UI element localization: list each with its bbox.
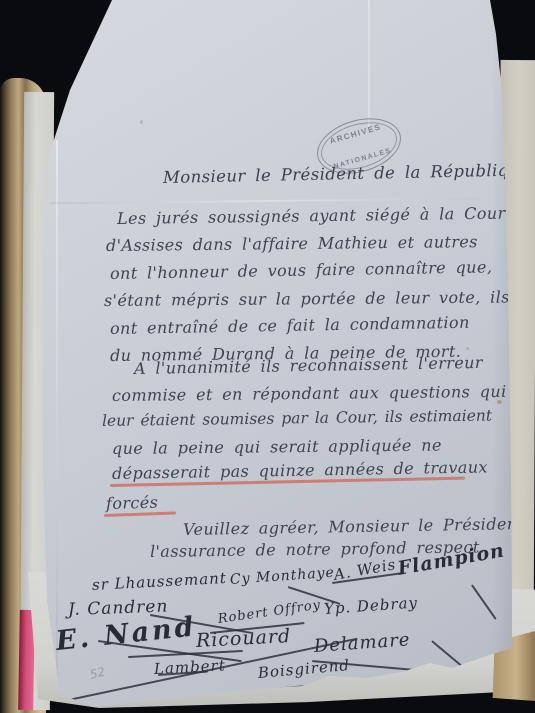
pencil-folio-number: 52: [88, 665, 106, 682]
letter-line: s'étant mépris sur la portée de leur vot…: [104, 287, 510, 310]
letter-line: Les jurés soussignés ayant siégé à la Co…: [117, 204, 506, 228]
archival-photograph: ARCHIVES NATIONALES Monsieur le Présiden…: [0, 0, 535, 713]
paper-crease: [50, 198, 480, 205]
foxing-spot: [466, 347, 469, 350]
letter-line: ont l'honneur de vous faire connaître qu…: [110, 257, 493, 283]
letter-line: commise et en répondant aux questions qu…: [112, 382, 507, 405]
letter-line: ont entraîné de ce fait la condamnation: [110, 313, 470, 338]
paper-crease: [368, 0, 370, 130]
signature: Robert Offroy: [217, 598, 322, 627]
letter-line: leur étaient soumises par la Cour, ils e…: [102, 407, 492, 430]
letter-line: Veuillez agréer, Monsieur le Président,: [183, 514, 530, 539]
paper-crease: [56, 140, 58, 700]
letter-line: que la peine qui serait appliquée ne: [112, 436, 442, 458]
signature: Cy Monthaye: [229, 565, 335, 588]
signature: sr Lhaussemant: [92, 569, 228, 594]
ink-speck: [140, 120, 143, 124]
letter-line: d'Assises dans l'affaire Mathieu et autr…: [106, 232, 478, 255]
signature: Yp. Debray: [323, 593, 418, 618]
letter-line-underlined: forcés: [106, 493, 159, 513]
letter-page: ARCHIVES NATIONALES Monsieur le Présiden…: [0, 0, 535, 713]
salutation: Monsieur le Président de la République: [163, 160, 530, 187]
signature-flourish: [128, 650, 243, 658]
